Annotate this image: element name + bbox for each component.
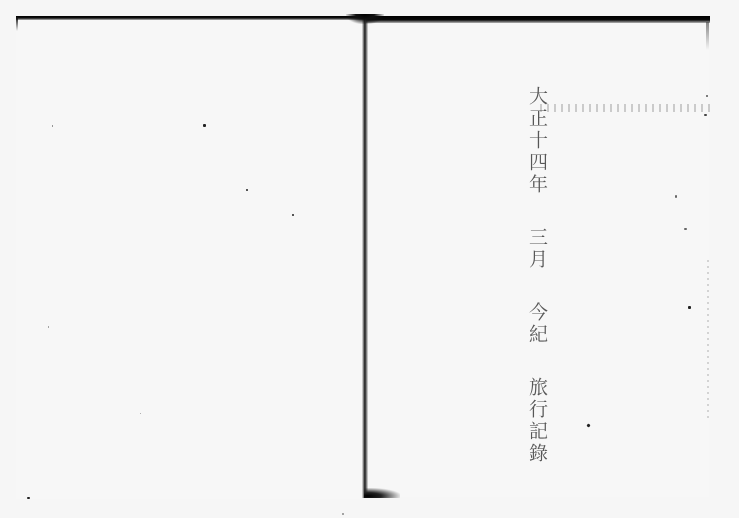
scan-speck [684,228,687,230]
bleed-through-trace [540,104,710,112]
right-page-top-edge [366,16,710,23]
scan-speck [292,214,294,216]
scan-speck [140,413,141,414]
scan-speck [688,306,691,309]
scan-speck [52,125,53,127]
gutter-bottom-shadow [364,488,400,498]
handwritten-title: 大正十四年 三月 今紀 旅行記錄 [512,86,552,471]
right-page-corner-shadow [706,22,709,50]
left-page-top-edge [16,16,366,20]
scan-speck [706,95,708,97]
scan-speck [704,114,707,116]
title-line-2: 今紀 [526,302,548,346]
scan-speck [675,195,677,198]
title-line-month: 三月 [526,227,548,271]
left-page [16,17,364,499]
title-line-3: 旅行記錄 [526,377,548,465]
left-page-corner-shadow [16,17,18,31]
book-gutter [362,14,368,498]
gutter-top-shadow [346,14,384,24]
right-page-edge-noise [707,260,709,420]
scan-speck [342,513,344,515]
scan-speck [27,497,30,499]
title-line-year: 大正十四年 [526,86,548,196]
scan-speck [203,124,206,127]
scan-speck [246,189,248,191]
scan-speck [48,326,49,328]
book-spread: 大正十四年 三月 今紀 旅行記錄 [0,0,739,518]
